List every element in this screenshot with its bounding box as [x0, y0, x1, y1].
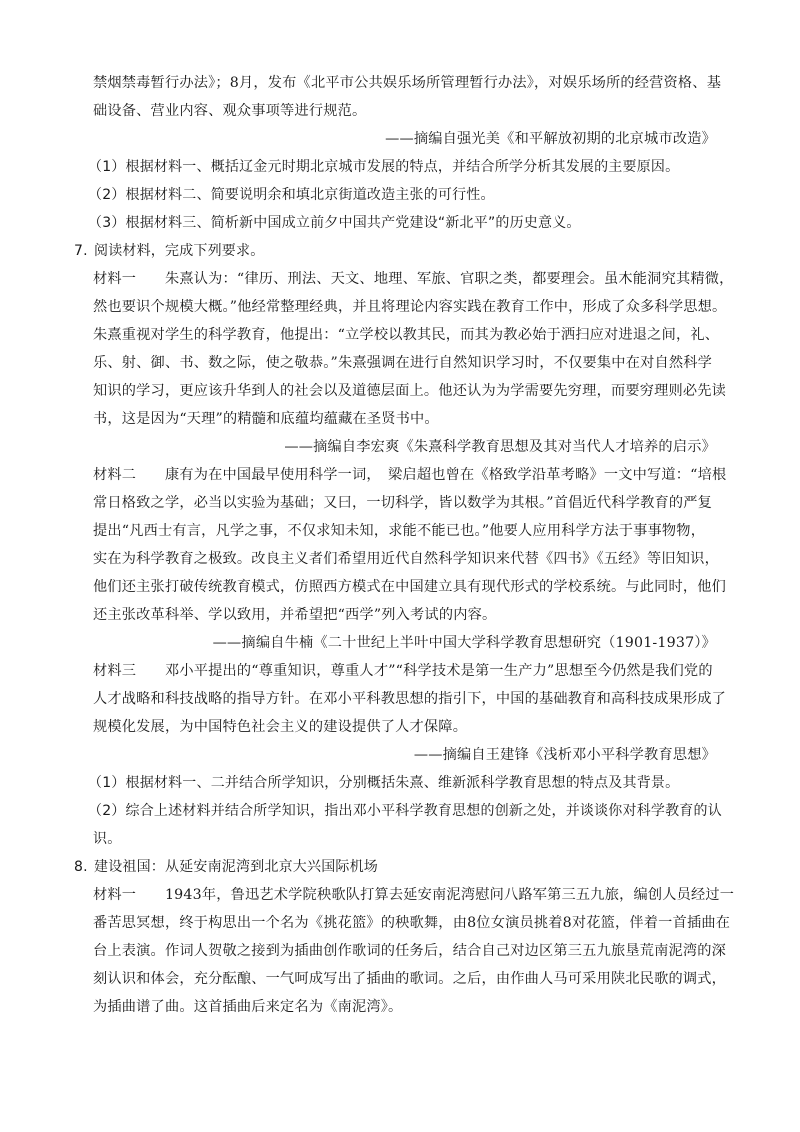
q8-heading: 8.建设祖国：从延安南泥湾到北京大兴国际机场 — [74, 856, 378, 878]
q6-source: ——摘编自强光美《和平解放初期的北京城市改造》 — [385, 128, 716, 150]
q7-question-2-cont: 识。 — [93, 828, 121, 850]
q7-m1-line: 然也要识个规模大概。”他经常整理经典，并且将理论内容实践在教育工作中，形成了众多… — [93, 296, 726, 318]
q6-question-2: （2）根据材料二、简要说明余和填北京街道改造主张的可行性。 — [88, 184, 495, 206]
q8-m1-line: 为插曲谱了曲。这首插曲后来定名为《南泥湾》。 — [93, 996, 402, 1018]
q7-m1-line: 书，这是因为“天理”的精髓和底蕴均蕴藏在圣贤书中。 — [93, 408, 439, 430]
q8-m1-line: 台上表演。作词人贺敬之接到为插曲创作歌词的任务后，结合自己对边区第三五九旅垦荒南… — [93, 940, 726, 962]
q8-m1-line: 材料一 1943年，鲁迅艺术学院秧歌队打算去延安南泥湾慰问八路军第三五九旅，编创… — [93, 884, 734, 906]
q8-m1-line: 番苦思冥想，终于构思出一个名为《挑花篮》的秧歌舞，由8位女演员挑着8对花篮，伴着… — [93, 912, 730, 934]
q7-number: 7. — [74, 240, 94, 262]
q7-question-1: （1）根据材料一、二并结合所学知识，分别概括朱熹、维新派科学教育思想的特点及其背… — [88, 772, 679, 794]
q7-m2-line: 常日格致之学，必当以实验为基础；又曰，一切科学，皆以数学为其根。”首倡近代科学教… — [93, 492, 712, 514]
q7-m1-line: 朱熹重视对学生的科学教育，他提出：“立学校以教其民，而其为教必始于洒扫应对进退之… — [93, 324, 719, 346]
q7-m1-source: ——摘编自李宏爽《朱熹科学教育思想及其对当代人才培养的启示》 — [284, 436, 716, 458]
q7-m3-line: 规模化发展，为中国特色社会主义的建设提供了人才保障。 — [93, 716, 467, 738]
q7-m2-line: 材料二 康有为在中国最早使用科学一词， 梁启超也曾在《格致学沿革考略》一文中写道… — [93, 464, 726, 486]
q7-m3-line: 材料三 邓小平提出的“尊重知识，尊重人才”“科学技术是第一生产力”思想至今仍然是… — [93, 660, 713, 682]
q7-question-2: （2）综合上述材料并结合所学知识，指出邓小平科学教育思想的创新之处，并谈谈你对科… — [88, 800, 722, 822]
q7-m3-line: 人才战略和科技战略的指导方针。在邓小平科教思想的指引下，中国的基础教育和高科技成… — [93, 688, 726, 710]
q7-m3-source: ——摘编自王建锋《浅析邓小平科学教育思想》 — [414, 744, 716, 766]
q8-m1-line: 刻认识和体会，充分酝酿、一气呵成写出了插曲的歌词。之后，由作曲人马可采用陕北民歌… — [93, 968, 726, 990]
q7-m1-line: 知识的学习，更应该升华到人的社会以及道德层面上。他还认为为学需要先穷理，而要穷理… — [93, 380, 726, 402]
q7-m2-line: 实在为科学教育之极致。改良主义者们希望用近代自然科学知识来代替《四书》《五经》等… — [93, 548, 719, 570]
q7-m2-line: 提出“凡西士有言，凡学之事，不仅求知未知，求能不能已也。”他要人应用科学方法于事… — [93, 520, 705, 542]
q6-text-line: 础设备、营业内容、观众事项等进行规范。 — [93, 100, 366, 122]
q7-title: 阅读材料，完成下列要求。 — [94, 243, 264, 259]
q7-m2-line: 还主张改革科举、学以致用，并希望把“西学”列入考试的内容。 — [93, 604, 496, 626]
q7-m1-line: 材料一 朱熹认为：“律历、刑法、天文、地理、军旅、官职之类，都要理会。虽木能洞究… — [93, 268, 734, 290]
q6-text-line: 禁烟禁毒暂行办法》；8月，发布《北平市公共娱乐场所管理暂行办法》，对娱乐场所的经… — [93, 72, 721, 94]
q7-heading: 7.阅读材料，完成下列要求。 — [74, 240, 264, 262]
q6-question-1: （1）根据材料一、概括辽金元时期北京城市发展的特点，并结合所学分析其发展的主要原… — [88, 156, 679, 178]
q6-question-3: （3）根据材料三、简析新中国成立前夕中国共产党建设“新北平”的历史意义。 — [88, 212, 581, 234]
exam-page: 禁烟禁毒暂行办法》；8月，发布《北平市公共娱乐场所管理暂行办法》，对娱乐场所的经… — [0, 0, 800, 1132]
q7-m2-line: 他们还主张打破传统教育模式，仿照西方模式在中国建立具有现代形式的学校系统。与此同… — [93, 576, 726, 598]
q7-m2-source: ——摘编自牛楠《二十世纪上半叶中国大学科学教育思想研究（1901-1937）》 — [213, 632, 716, 654]
q8-title: 建设祖国：从延安南泥湾到北京大兴国际机场 — [94, 859, 378, 875]
q7-m1-line: 乐、射、御、书、数之际，使之敬恭。”朱熹强调在进行自然知识学习时，不仅要集中在对… — [93, 352, 712, 374]
q8-number: 8. — [74, 856, 94, 878]
